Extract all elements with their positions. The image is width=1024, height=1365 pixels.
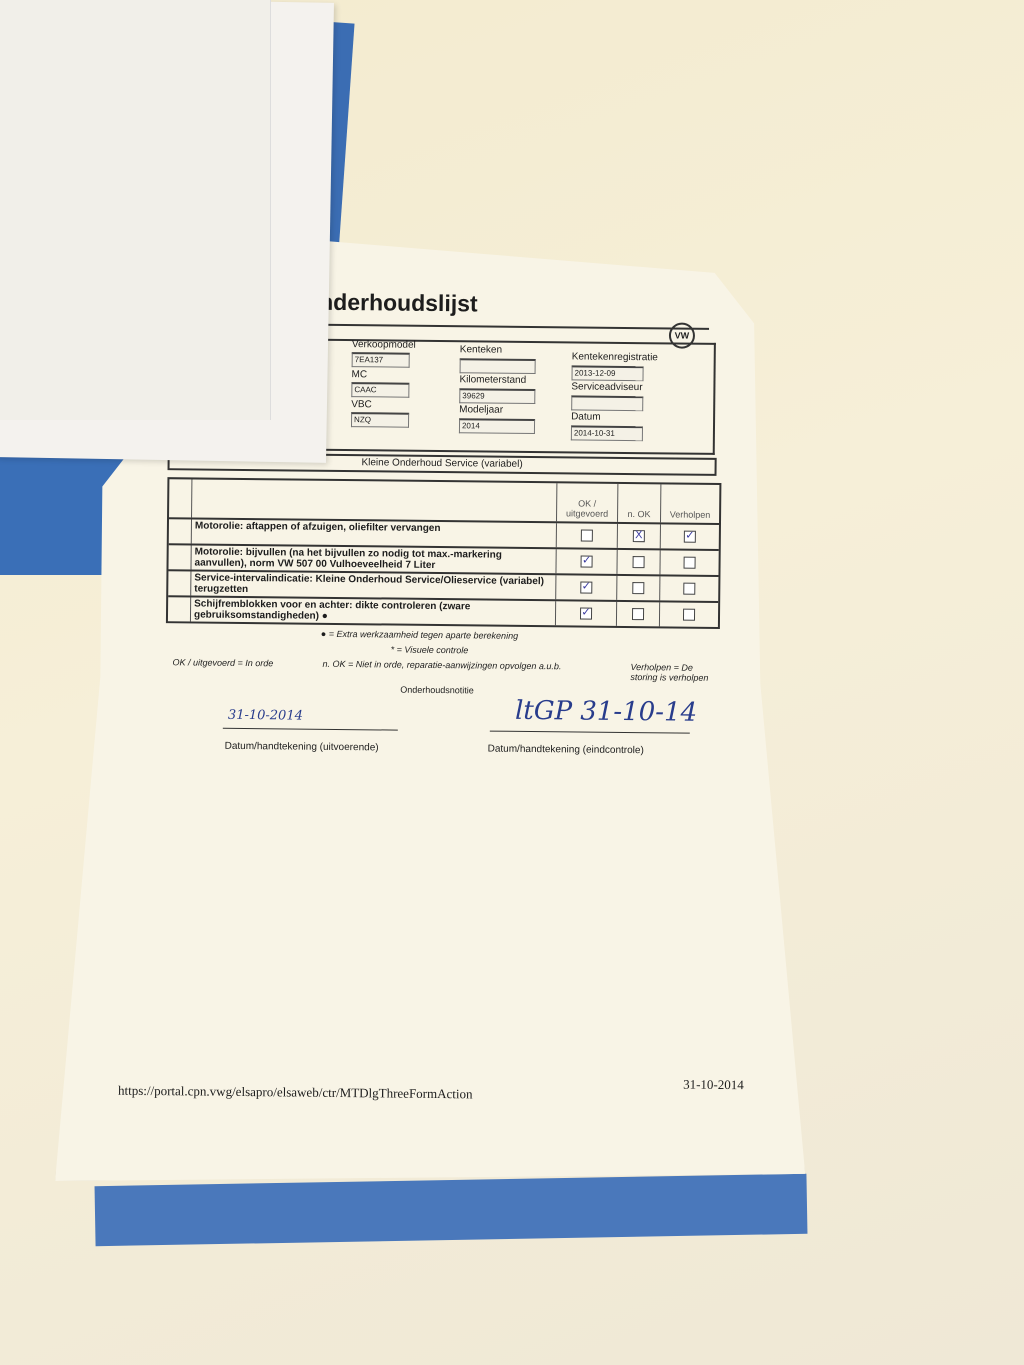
kentekenregistratie-label: Kentekenregistratie — [572, 351, 658, 363]
kentekenregistratie-value: 2013-12-09 — [571, 365, 643, 381]
datum-value: 2014-10-31 — [571, 425, 643, 441]
legend-visual: * = Visuele controle — [391, 645, 469, 656]
ok-checkbox — [581, 530, 593, 542]
verholpen-checkbox — [683, 583, 695, 595]
ok-checkbox: ✓ — [580, 608, 592, 620]
verholpen-checkbox — [683, 609, 695, 621]
ok-checkbox: ✓ — [581, 556, 593, 568]
signature-label-right: Datum/handtekening (eindcontrole) — [488, 744, 644, 757]
mc-value: CAAC — [351, 382, 409, 398]
mc-label: MC — [351, 369, 367, 380]
kilometerstand-value: 39629 — [459, 388, 535, 404]
modeljaar-value: 2014 — [459, 418, 535, 434]
row-description: Motorolie: bijvullen (na het bijvullen z… — [191, 545, 556, 573]
serviceadviseur-value — [571, 395, 643, 411]
kenteken-label: Kenteken — [460, 344, 502, 355]
handwritten-signature-right: ltGP 31-10-14 — [515, 696, 697, 728]
verkoopmodel-label: Verkoopmodel — [352, 339, 416, 351]
ok-checkbox: ✓ — [580, 582, 592, 594]
nok-checkbox — [633, 556, 645, 568]
legend-ok: OK / uitgevoerd = In orde — [172, 657, 273, 668]
row-description: Service-intervalindicatie: Kleine Onderh… — [191, 571, 556, 599]
nok-checkbox — [632, 608, 644, 620]
footer-date: 31-10-2014 — [683, 1077, 744, 1094]
col-nok: n. OK — [618, 484, 661, 522]
verholpen-checkbox — [684, 557, 696, 569]
serviceadviseur-label: Serviceadviseur — [571, 381, 642, 393]
footer-url: https://portal.cpn.vwg/elsapro/elsaweb/c… — [118, 1083, 473, 1103]
row-description: Schijfremblokken voor en achter: dikte c… — [191, 597, 556, 625]
maintenance-table: OK / uitgevoerd n. OK Verholpen Motoroli… — [166, 477, 721, 629]
verkoopmodel-value: 7EA137 — [352, 352, 410, 368]
modeljaar-label: Modeljaar — [459, 404, 503, 415]
blue-folder-bottom — [95, 1174, 808, 1246]
legend-extra: ● = Extra werkzaamheid tegen aparte bere… — [321, 629, 518, 641]
col-verholpen: Verholpen — [661, 484, 719, 523]
envelope-front — [0, 0, 271, 420]
vbc-value: NZQ — [351, 412, 409, 428]
nok-checkbox: X — [633, 530, 645, 542]
handwritten-date-left: 31-10-2014 — [228, 708, 303, 724]
notes-label: Onderhoudsnotitie — [400, 685, 474, 696]
col-ok: OK / uitgevoerd — [557, 483, 618, 522]
signature-label-left: Datum/handtekening (uitvoerende) — [225, 741, 379, 754]
kilometerstand-label: Kilometerstand — [459, 374, 526, 386]
legend-verholpen: Verholpen = De storing is verholpen — [630, 662, 720, 683]
row-description: Motorolie: aftappen of afzuigen, oliefil… — [192, 519, 557, 547]
datum-label: Datum — [571, 411, 601, 422]
verholpen-checkbox: ✓ — [684, 531, 696, 543]
kenteken-value — [460, 358, 536, 374]
legend-nok: n. OK = Niet in orde, reparatie-aanwijzi… — [322, 659, 561, 672]
nok-checkbox — [632, 582, 644, 594]
vbc-label: VBC — [351, 399, 372, 410]
